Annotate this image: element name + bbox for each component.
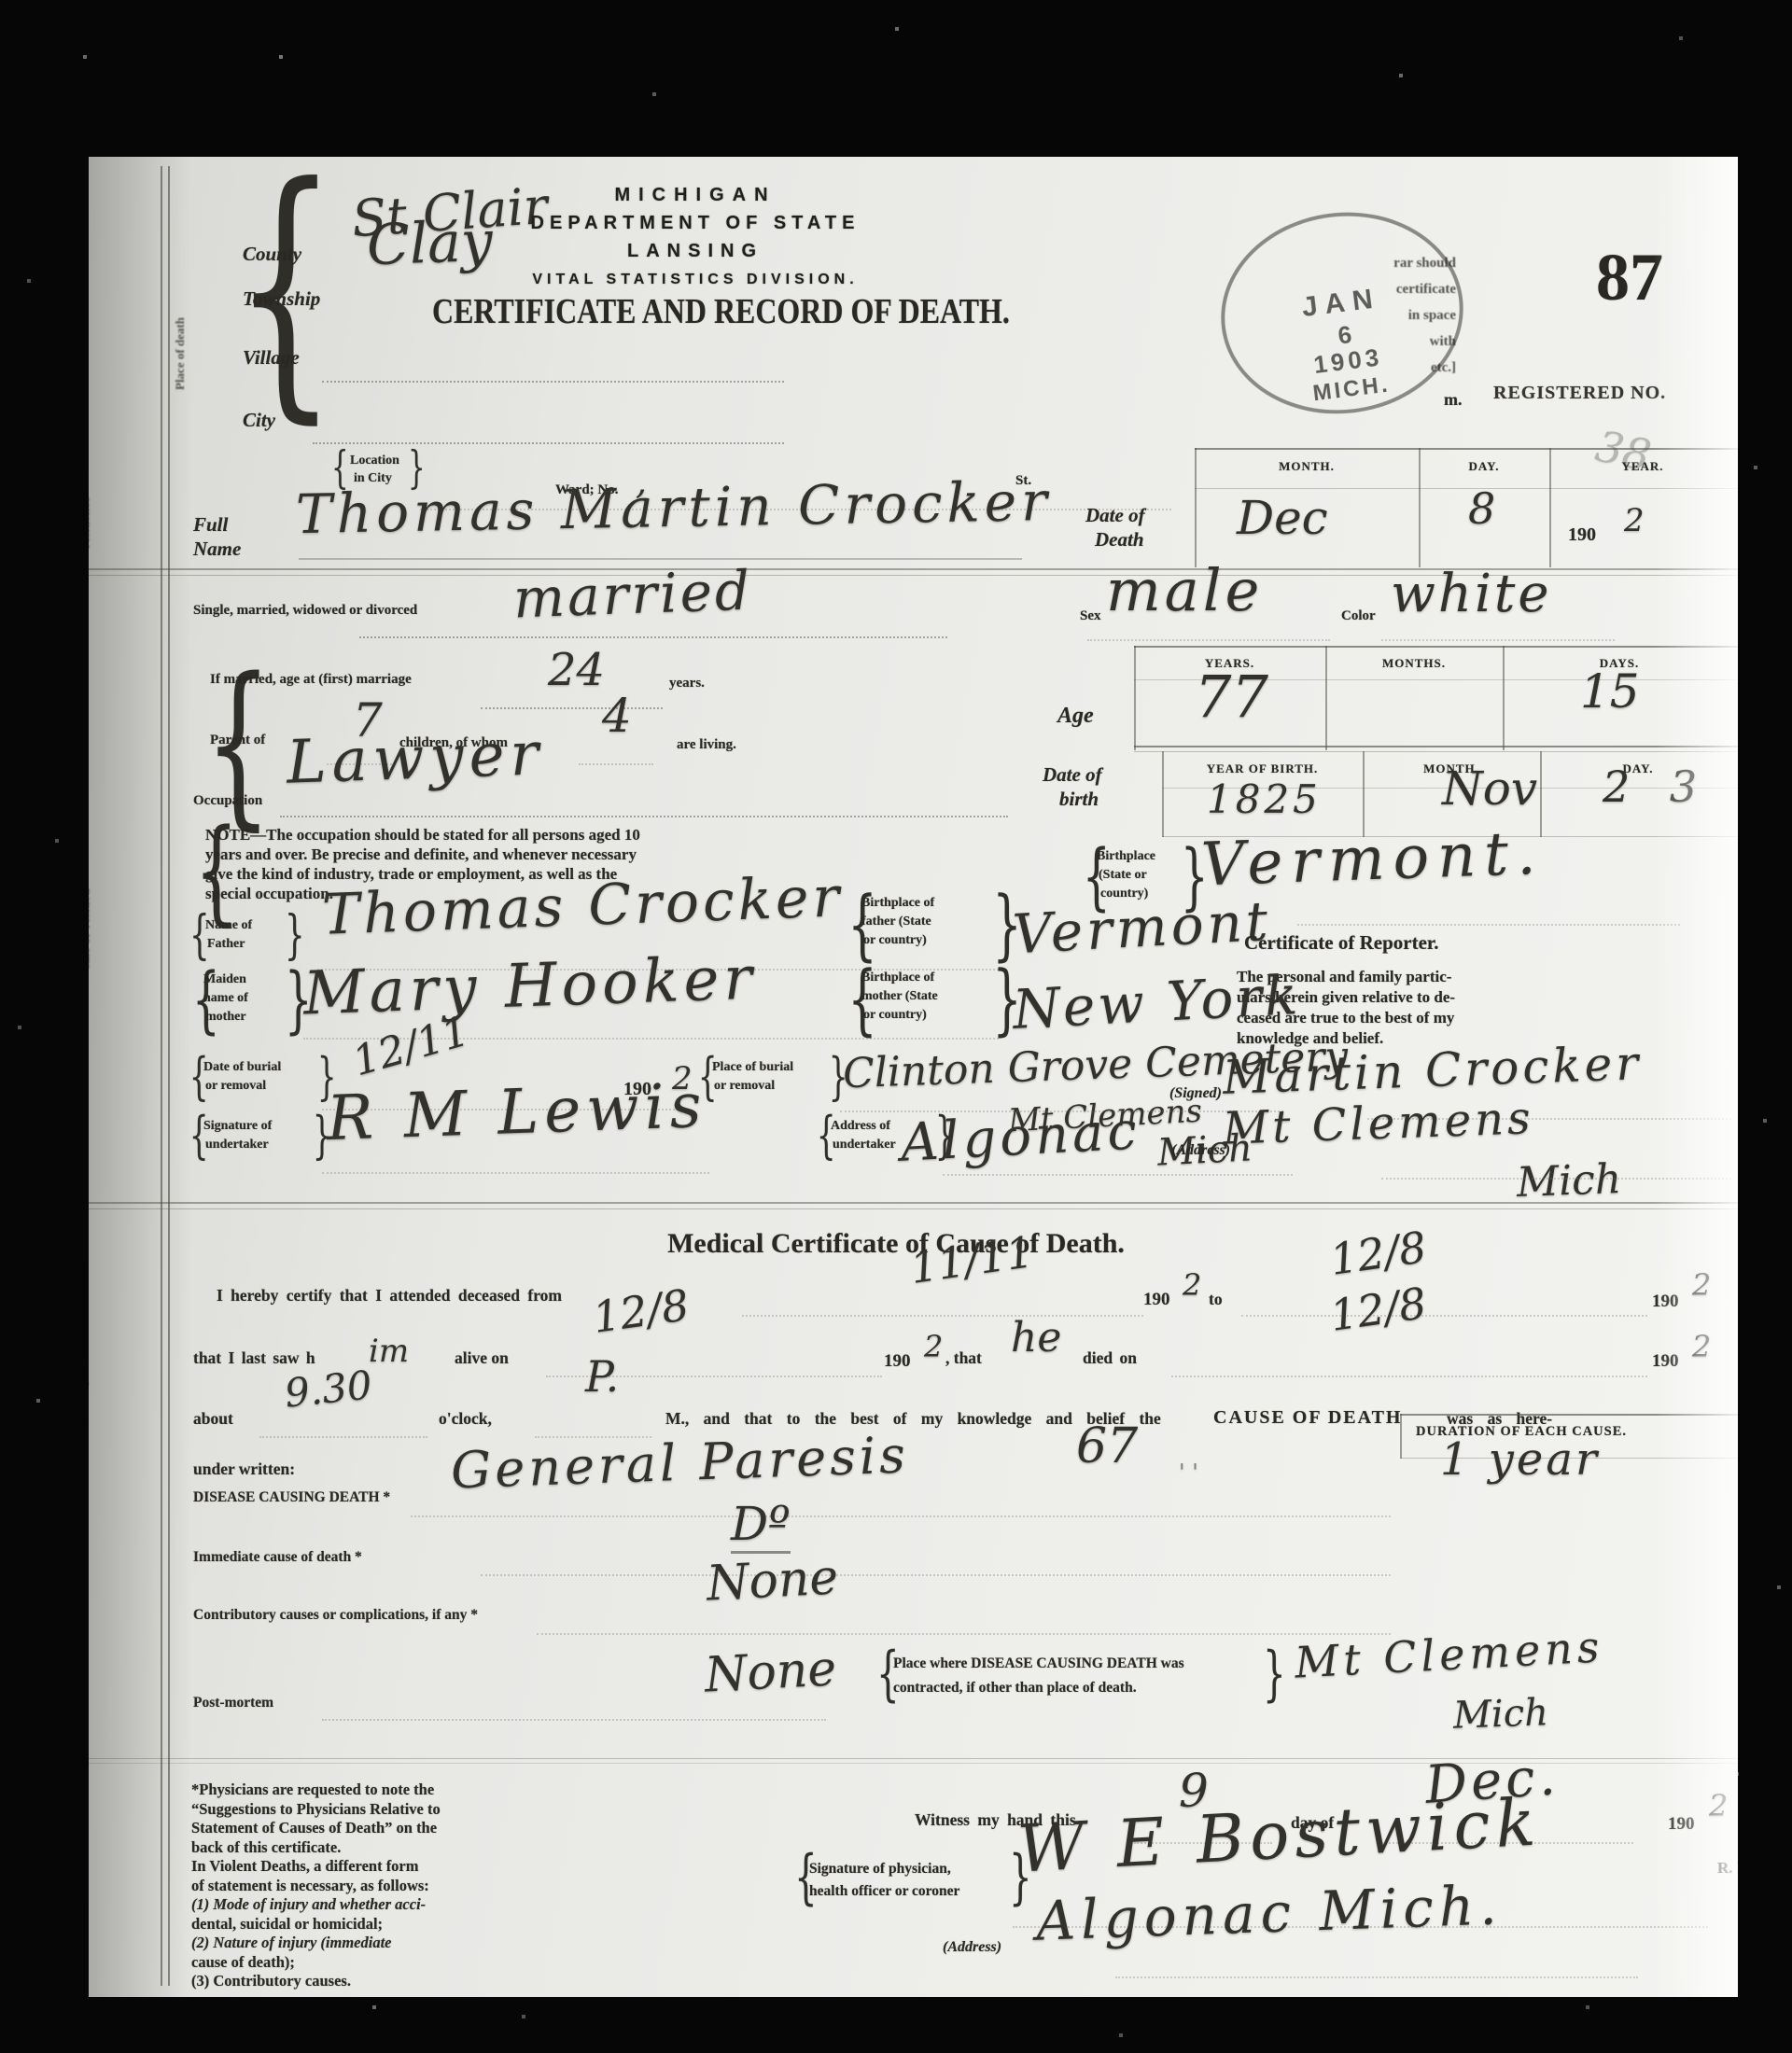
- contributory-line: [537, 1633, 1391, 1635]
- mother-bp-label-2: mother (State: [861, 989, 938, 1004]
- left-rule-1: [161, 166, 162, 1986]
- age-years-value: 77: [1195, 663, 1268, 731]
- marital-blank-line: [359, 636, 947, 638]
- undertaker-addr-line: [943, 1174, 1293, 1176]
- about-label: about: [193, 1409, 233, 1429]
- sex-blank-line: [1087, 639, 1330, 641]
- department-title: DEPARTMENT OF STATE: [415, 213, 975, 234]
- immediate-cause-value: Dº: [731, 1497, 791, 1554]
- address-label: (Address): [1171, 1142, 1230, 1159]
- physicians-note-line: In Violent Deaths, a different form: [191, 1857, 441, 1877]
- color-label: Color: [1341, 608, 1376, 624]
- undertaker-addr-label-2: undertaker: [833, 1138, 896, 1152]
- physicians-note-line: (2) Nature of injury (immediate: [191, 1934, 441, 1953]
- age-days-value: 15: [1580, 664, 1640, 719]
- line2-year1-printed: 190: [884, 1351, 911, 1372]
- duration-value: 1 year: [1440, 1433, 1600, 1486]
- that-label: , that: [945, 1348, 982, 1368]
- margin-label-hospital: Hospital, tion or transient: [89, 1146, 91, 1407]
- medical-heading: Medical Certificate of Cause of Death.: [523, 1228, 1269, 1260]
- line2-year1-script: 2: [924, 1329, 943, 1364]
- certificate-number: 87: [1596, 239, 1663, 316]
- attended-to-value: 12/8: [1327, 1222, 1430, 1285]
- line1-year2-script: 2: [1692, 1267, 1711, 1303]
- reporter-addr-line: [1381, 1178, 1731, 1180]
- alive-on-label: alive on: [455, 1348, 509, 1368]
- birthplace-label-1: Birthplace: [1097, 849, 1155, 864]
- certificate-title: CERTIFICATE AND RECORD OF DEATH.: [432, 293, 959, 333]
- physician-sig-label-1: Signature of physician,: [809, 1861, 951, 1878]
- mother-label-1: Maiden: [203, 972, 246, 987]
- age-months-header: MONTHS.: [1325, 656, 1503, 671]
- under-written-label: under written:: [193, 1459, 295, 1479]
- marriage-age-line: [481, 707, 663, 709]
- dod-year-printed: 190: [1568, 524, 1596, 546]
- city-blank-line: [313, 442, 784, 444]
- he-script: he: [1011, 1314, 1061, 1362]
- physicians-note-line: *Physicians are requested to note the: [191, 1781, 441, 1800]
- father-label-1: Name of: [205, 918, 252, 933]
- dod-table-top: [1195, 448, 1738, 450]
- full-name-label-2: Name: [193, 538, 241, 561]
- certify-line2-blank2: [1171, 1376, 1647, 1377]
- dob-label-1: Date of: [1043, 763, 1102, 787]
- reporter-line: ceased are true to the best of my: [1237, 1008, 1703, 1028]
- died-on-label: died on: [1083, 1348, 1137, 1368]
- full-name-value: Thomas Martin Crocker: [295, 469, 1052, 546]
- division-title: VITAL STATISTICS DIVISION.: [415, 272, 975, 288]
- full-name-underline: [299, 558, 1022, 560]
- contributory-value: None: [706, 1549, 840, 1612]
- date-of-death-label-2: Death: [1095, 528, 1144, 552]
- place-where-brace-right: [1263, 1648, 1285, 1700]
- city-label: City: [243, 409, 275, 432]
- line2-year2-printed: 190: [1652, 1351, 1679, 1372]
- place-where-value-2: Mich: [1452, 1691, 1548, 1738]
- place-where-value-1: Mt Clemens: [1294, 1621, 1605, 1687]
- physician-signature-value: W E Bostwick: [1015, 1783, 1543, 1887]
- are-living-label: are living.: [677, 737, 736, 753]
- death-certificate-document: residence sale or resided Hospital, tion…: [89, 157, 1738, 1997]
- place-where-label-1: Place where DISEASE CAUSING DEATH was: [893, 1655, 1184, 1672]
- age-table-bottom-a: [1134, 746, 1738, 747]
- birthplace-label-2: (State or: [1099, 868, 1147, 883]
- undertaker-sig-label-2: undertaker: [205, 1138, 269, 1152]
- age-table-top: [1134, 646, 1738, 648]
- disease-line: [411, 1515, 1391, 1517]
- dod-day-header: DAY.: [1419, 459, 1549, 474]
- burial-date-label-2: or removal: [205, 1079, 266, 1094]
- reporter-line: ulars herein given relative to de-: [1237, 987, 1703, 1008]
- birthplace-value: Vermont.: [1200, 819, 1546, 901]
- parent-of-label: Parent of: [210, 733, 265, 748]
- undertaker-address-value-1: Algonac: [899, 1100, 1141, 1173]
- birthplace-line: [1297, 924, 1680, 926]
- sex-value: male: [1106, 556, 1263, 624]
- instruction-fragment: m.: [1444, 390, 1463, 410]
- physicians-note-line: (3) Contributory causes.: [191, 1972, 441, 1991]
- disease-code: 67: [1076, 1418, 1138, 1474]
- note-line: NOTE—The occupation should be stated for…: [205, 825, 640, 845]
- living-line: [579, 763, 653, 765]
- physicians-note-line: “Suggestions to Physicians Relative to: [191, 1800, 441, 1820]
- postmortem-label: Post-mortem: [193, 1695, 273, 1711]
- witness-year-script: 2: [1709, 1788, 1728, 1823]
- reporter-heading: Certificate of Reporter.: [1244, 931, 1439, 955]
- postmortem-line: [322, 1719, 826, 1721]
- cause-of-death-caps: CAUSE OF DEATH: [1213, 1407, 1402, 1429]
- contributory-label: Contributory causes or complications, if…: [193, 1607, 478, 1624]
- mother-name-value: Mary Hooker: [302, 944, 758, 1029]
- father-birthplace-value: Vermont: [1011, 889, 1272, 966]
- margin-label-residence: residence: [89, 390, 94, 549]
- city-title: LANSING: [415, 241, 975, 262]
- marriage-age-label: If married, age at (first) marriage: [210, 672, 412, 688]
- date-of-death-label-1: Date of: [1085, 504, 1145, 527]
- father-brace-right: [285, 913, 304, 958]
- dod-year-script: 2: [1624, 502, 1645, 539]
- time-value: 9.30: [283, 1362, 374, 1417]
- physicians-note-line: of statement is necessary, as follows:: [191, 1877, 441, 1896]
- location-label-1: Location: [350, 454, 399, 468]
- village-blank-line: [322, 381, 784, 383]
- section-rule-2a: [89, 1202, 1738, 1204]
- dob-label-2: birth: [1059, 788, 1099, 811]
- dob-month-value: Nov: [1442, 761, 1537, 816]
- time-blank: [259, 1436, 427, 1438]
- dod-month-header: MONTH.: [1195, 459, 1419, 474]
- mother-bp-label-1: Birthplace of: [861, 971, 934, 985]
- father-label-2: Father: [207, 937, 245, 952]
- color-value: white: [1391, 564, 1552, 624]
- burial-place-label-2: or removal: [714, 1079, 775, 1094]
- full-name-label-1: Full: [193, 513, 228, 537]
- duration-box-left: [1400, 1414, 1402, 1459]
- received-date-stamp: JAN 6 1903 MICH.: [1210, 199, 1475, 427]
- age-table-bottom-b: [1134, 751, 1738, 752]
- physician-sig-label-2: health officer or coroner: [809, 1883, 959, 1900]
- note-line: years and over. Be precise and definite,…: [205, 845, 640, 864]
- ampm-value: P.: [585, 1351, 619, 1402]
- disease-marks: ' ': [1179, 1459, 1198, 1486]
- mother-bp-label-3: or country): [863, 1008, 927, 1023]
- dod-table-header-line: [1195, 488, 1738, 489]
- physicians-note-line: (1) Mode of injury and whether acci-: [191, 1895, 441, 1915]
- physician-address-label: (Address): [943, 1939, 1001, 1956]
- certify-line1-blank2: [1241, 1315, 1647, 1317]
- died-date-value: 12/8: [1327, 1278, 1430, 1341]
- oclock-label: o'clock,: [439, 1409, 492, 1429]
- registered-no-label: REGISTERED NO.: [1493, 383, 1666, 404]
- undertaker-sig-line: [322, 1172, 709, 1174]
- age-label: Age: [1057, 704, 1094, 729]
- reporter-line: The personal and family partic-: [1237, 967, 1703, 987]
- line1-year1-script: 2: [1183, 1267, 1201, 1303]
- marriage-age-value: 24: [548, 644, 605, 696]
- dob-year-value: 1825: [1207, 776, 1322, 822]
- disease-label: DISEASE CAUSING DEATH *: [193, 1489, 390, 1506]
- undertaker-signature-value: R M Lewis: [326, 1069, 708, 1154]
- father-bp-label-1: Birthplace of: [861, 896, 934, 911]
- scan-dust-speckles: [0, 0, 2, 2]
- marital-label: Single, married, widowed or divorced: [193, 603, 417, 619]
- reporter-address-value-1: Mt Clemens: [1222, 1092, 1534, 1155]
- line1-year1-printed: 190: [1143, 1290, 1170, 1310]
- place-of-death-side-label: Place of death: [173, 269, 188, 390]
- father-bp-label-3: or country): [863, 933, 927, 948]
- last-saw-date-value: 12/8: [590, 1279, 693, 1343]
- sex-label: Sex: [1080, 608, 1101, 624]
- physicians-note-line: dental, suicidal or homicidal;: [191, 1915, 441, 1934]
- reporter-address-value-2: Mich: [1516, 1155, 1622, 1207]
- years-label: years.: [669, 676, 705, 691]
- dob-day-value: 2 3: [1603, 761, 1710, 812]
- immediate-line: [481, 1574, 1391, 1576]
- certify-line2-text-a: that I last saw h: [193, 1348, 315, 1368]
- dob-year-header: YEAR OF BIRTH.: [1162, 761, 1363, 776]
- living-count: 4: [602, 689, 632, 743]
- burial-place-label-1: Place of burial: [712, 1060, 793, 1075]
- physicians-note: *Physicians are requested to note the “S…: [191, 1781, 441, 1991]
- mother-label-3: mother: [205, 1010, 246, 1025]
- township-label: Township: [243, 287, 320, 311]
- undertaker-addr-label-1: Address of: [831, 1119, 890, 1134]
- physician-address-value: Algonac Mich.: [1035, 1873, 1504, 1952]
- village-label: Village: [243, 346, 300, 370]
- dod-month-value: Dec: [1237, 491, 1328, 545]
- mother-label-2: name of: [203, 991, 248, 1006]
- section-rule-2b: [89, 1208, 1738, 1209]
- rd-label: R. D.: [1717, 1859, 1738, 1878]
- color-blank-line: [1381, 639, 1615, 641]
- dod-year-header: YEAR.: [1549, 459, 1736, 474]
- state-title: MICHIGAN: [415, 185, 975, 206]
- signed-label: (Signed): [1169, 1085, 1222, 1102]
- marital-value: married: [512, 559, 753, 631]
- occupation-line: [280, 816, 1008, 817]
- certify-line1-text: I hereby certify that I attended decease…: [217, 1286, 562, 1306]
- left-rule-2: [168, 166, 170, 1986]
- immediate-cause-label: Immediate cause of death *: [193, 1549, 362, 1566]
- him-script: im: [369, 1333, 409, 1370]
- to-label: to: [1209, 1290, 1223, 1309]
- line2-year2-script: 2: [1692, 1329, 1711, 1364]
- occupation-value: Lawyer: [286, 719, 545, 798]
- physician-address-line: [1115, 1976, 1638, 1978]
- postmortem-value: None: [704, 1641, 838, 1703]
- father-bp-label-2: father (State: [861, 915, 931, 929]
- physicians-note-line: back of this certificate.: [191, 1838, 441, 1858]
- duration-box-top: [1400, 1414, 1738, 1416]
- place-where-label-2: contracted, if other than place of death…: [893, 1680, 1137, 1697]
- physicians-note-line: Statement of Causes of Death” on the: [191, 1819, 441, 1838]
- undertaker-sig-label-1: Signature of: [203, 1119, 272, 1134]
- disease-value: General Paresis: [450, 1425, 910, 1500]
- burial-date-label-1: Date of burial: [203, 1060, 281, 1075]
- dod-day-value: 8: [1468, 483, 1495, 534]
- physicians-note-line: cause of death);: [191, 1953, 441, 1973]
- witness-year-printed: 190: [1668, 1814, 1695, 1835]
- certify-line1-blank1: [742, 1315, 1143, 1317]
- line1-year2-printed: 190: [1652, 1292, 1679, 1312]
- county-label: County: [243, 243, 301, 266]
- margin-label-middle: sale or resided: [89, 763, 94, 969]
